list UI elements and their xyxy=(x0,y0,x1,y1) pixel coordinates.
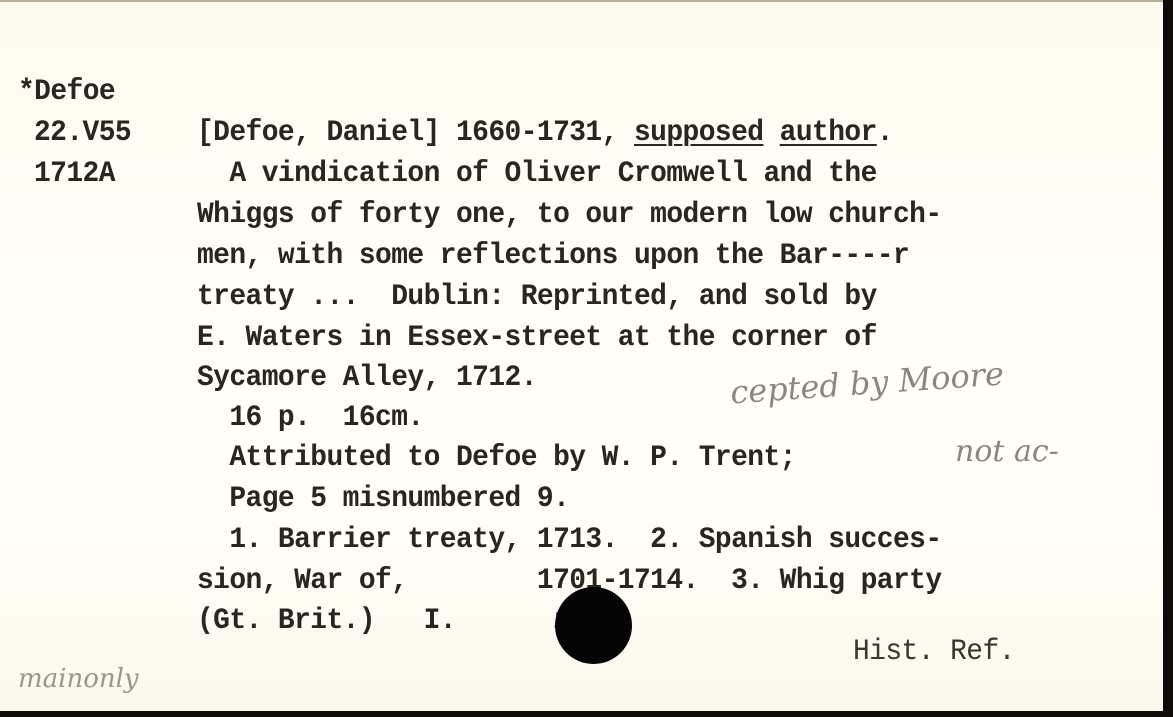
heading-line: [Defoe, Daniel] 1660-1731, supposed auth… xyxy=(197,113,893,154)
body-line: E. Waters in Essex-street at the corner … xyxy=(197,318,877,359)
body-line: 1. Barrier treaty, 1713. 2. Spanish succ… xyxy=(197,520,942,561)
handwritten-note-1: not ac- xyxy=(955,434,1059,469)
call-number-line-2: 22.V55 xyxy=(34,113,131,154)
relator-author: author xyxy=(780,116,877,150)
handwritten-note-2: cepted by Moore xyxy=(729,354,1005,411)
call-number-line-3: 1712A xyxy=(34,154,115,195)
body-line: Whiggs of forty one, to our modern low c… xyxy=(197,195,942,236)
body-line: Attributed to Defoe by W. P. Trent; xyxy=(197,438,796,479)
body-line: 16 p. 16cm. xyxy=(197,398,424,439)
author-heading: [Defoe, Daniel] 1660-1731, xyxy=(197,116,634,150)
body-line: treaty ... Dublin: Reprinted, and sold b… xyxy=(197,277,877,318)
location-note: Hist. Ref. xyxy=(853,632,1015,673)
body-line: Sycamore Alley, 1712. xyxy=(197,358,537,399)
relator-supposed: supposed xyxy=(634,116,763,150)
catalog-card: *Defoe 22.V55 1712A [Defoe, Daniel] 1660… xyxy=(0,0,1163,711)
punched-hole xyxy=(555,587,632,664)
handwritten-note-3: mainonly xyxy=(18,664,139,694)
call-number-line-1: *Defoe xyxy=(18,72,115,113)
body-line: men, with some reflections upon the Bar-… xyxy=(197,236,909,277)
body-line: Page 5 misnumbered 9. xyxy=(197,479,569,520)
body-line: A vindication of Oliver Cromwell and the xyxy=(197,154,877,195)
